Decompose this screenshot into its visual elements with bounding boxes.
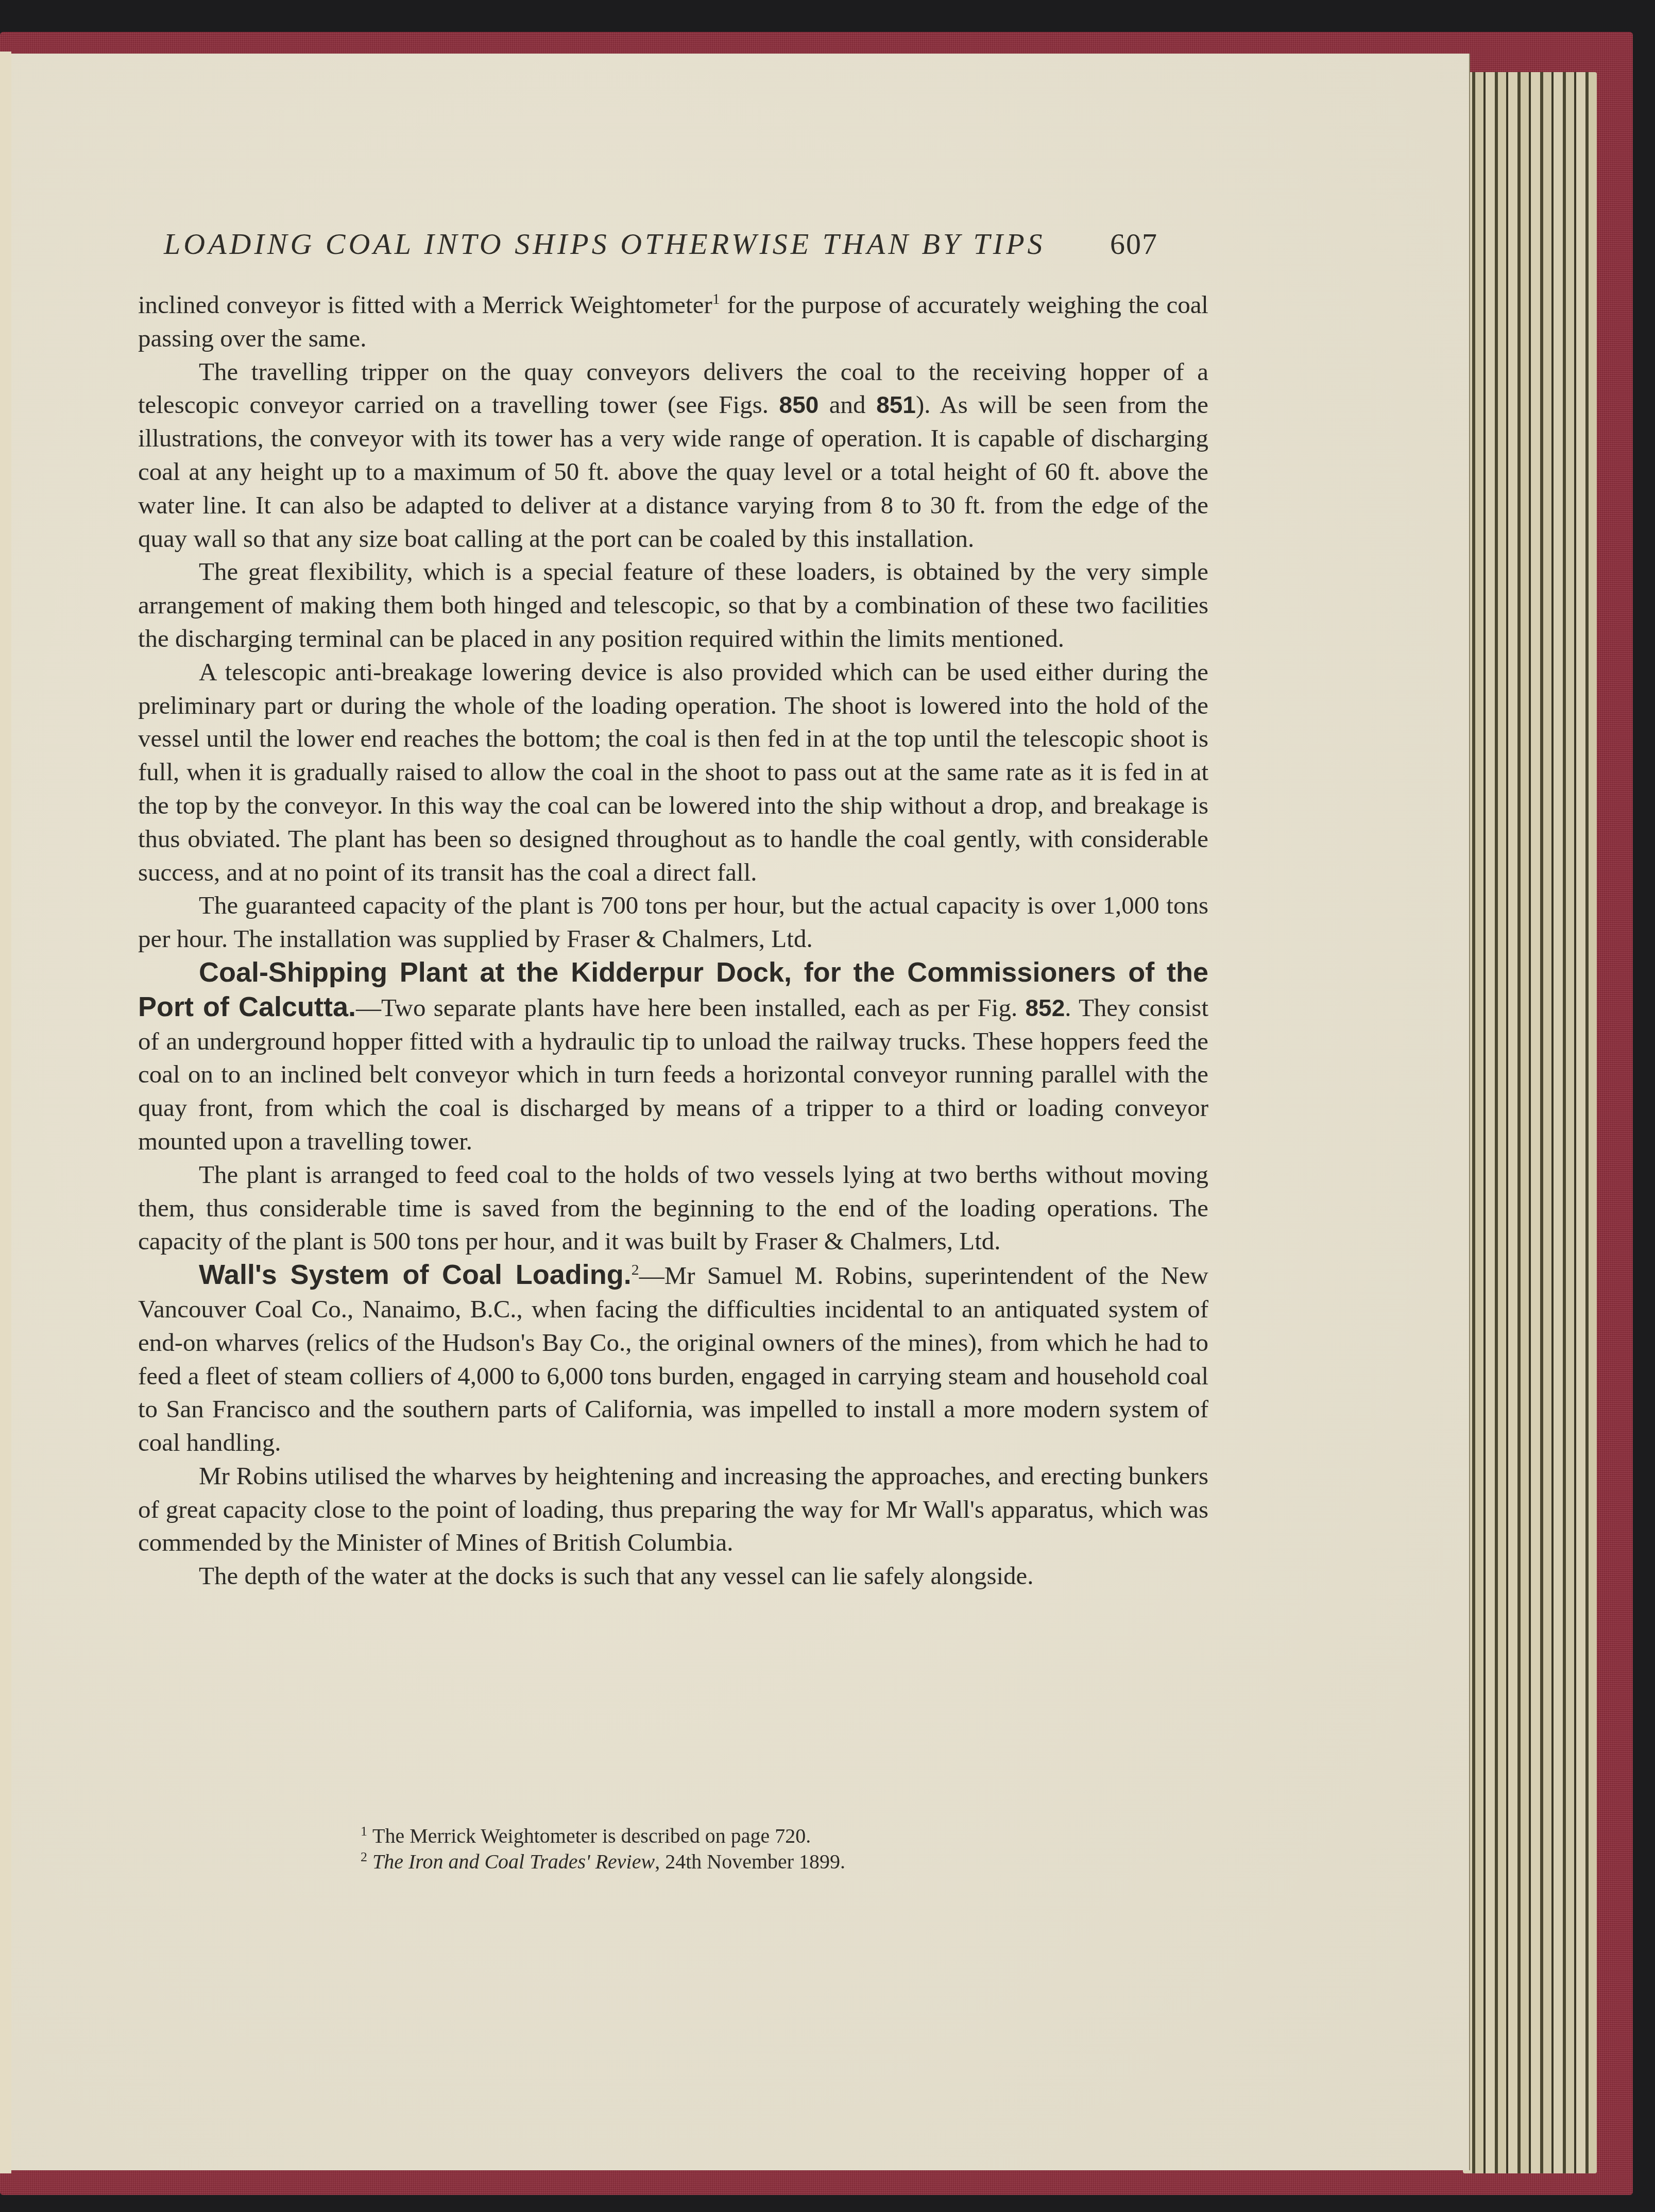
footnote-ref: 2: [632, 1261, 639, 1278]
text-run: The guaranteed capacity of the plant is …: [138, 891, 1208, 953]
paragraph: The depth of the water at the docks is s…: [138, 1559, 1208, 1593]
text-run: and: [818, 390, 876, 419]
text-run: inclined conveyor is fitted with a Merri…: [138, 290, 712, 319]
figure-ref: 852: [1026, 994, 1065, 1021]
text-run: Mr Robins utilised the wharves by height…: [138, 1462, 1208, 1557]
footnote-mark: 2: [361, 1849, 367, 1864]
page-edges: [1463, 72, 1597, 2173]
text-run: , 24th November 1899.: [655, 1850, 845, 1873]
running-head-title: LOADING COAL INTO SHIPS OTHERWISE THAN B…: [164, 227, 1046, 261]
text-run: —Two separate plants have here been inst…: [356, 993, 1025, 1022]
text-run: The Merrick Weightometer is described on…: [372, 1824, 811, 1847]
figure-ref: 851: [876, 391, 916, 418]
footnote: 1The Merrick Weightometer is described o…: [361, 1823, 1185, 1849]
body-text: inclined conveyor is fitted with a Merri…: [138, 288, 1208, 1593]
previous-page-edge: [0, 52, 11, 2173]
text-run: The Iron and Coal Trades' Review: [372, 1850, 655, 1873]
paragraph: The great flexibility, which is a specia…: [138, 555, 1208, 655]
footnote-ref: 1: [712, 290, 720, 307]
text-run: A telescopic anti-breakage lowering devi…: [138, 658, 1208, 886]
text-run: The great flexibility, which is a specia…: [138, 557, 1208, 653]
section-heading: Wall's System of Coal Loading.: [199, 1259, 632, 1290]
paragraph: The travelling tripper on the quay conve…: [138, 355, 1208, 556]
paragraph: The guaranteed capacity of the plant is …: [138, 889, 1208, 956]
page-number: 607: [1110, 227, 1158, 261]
running-head: LOADING COAL INTO SHIPS OTHERWISE THAN B…: [164, 227, 1158, 261]
paragraph: Coal-Shipping Plant at the Kidderpur Doc…: [138, 956, 1208, 1158]
paragraph: Wall's System of Coal Loading.2—Mr Samue…: [138, 1258, 1208, 1460]
paragraph: Mr Robins utilised the wharves by height…: [138, 1460, 1208, 1559]
text-run: The depth of the water at the docks is s…: [199, 1562, 1034, 1590]
footnotes: 1The Merrick Weightometer is described o…: [361, 1823, 1185, 1875]
paragraph: The plant is arranged to feed coal to th…: [138, 1158, 1208, 1258]
text-run: —Mr Samuel M. Robins, superintendent of …: [138, 1261, 1208, 1456]
figure-ref: 850: [779, 391, 819, 418]
text-run: The plant is arranged to feed coal to th…: [138, 1160, 1208, 1256]
footnote: 2The Iron and Coal Trades' Review, 24th …: [361, 1849, 1185, 1875]
paragraph: inclined conveyor is fitted with a Merri…: [138, 288, 1208, 355]
paragraph: A telescopic anti-breakage lowering devi…: [138, 656, 1208, 889]
footnote-mark: 1: [361, 1824, 367, 1839]
